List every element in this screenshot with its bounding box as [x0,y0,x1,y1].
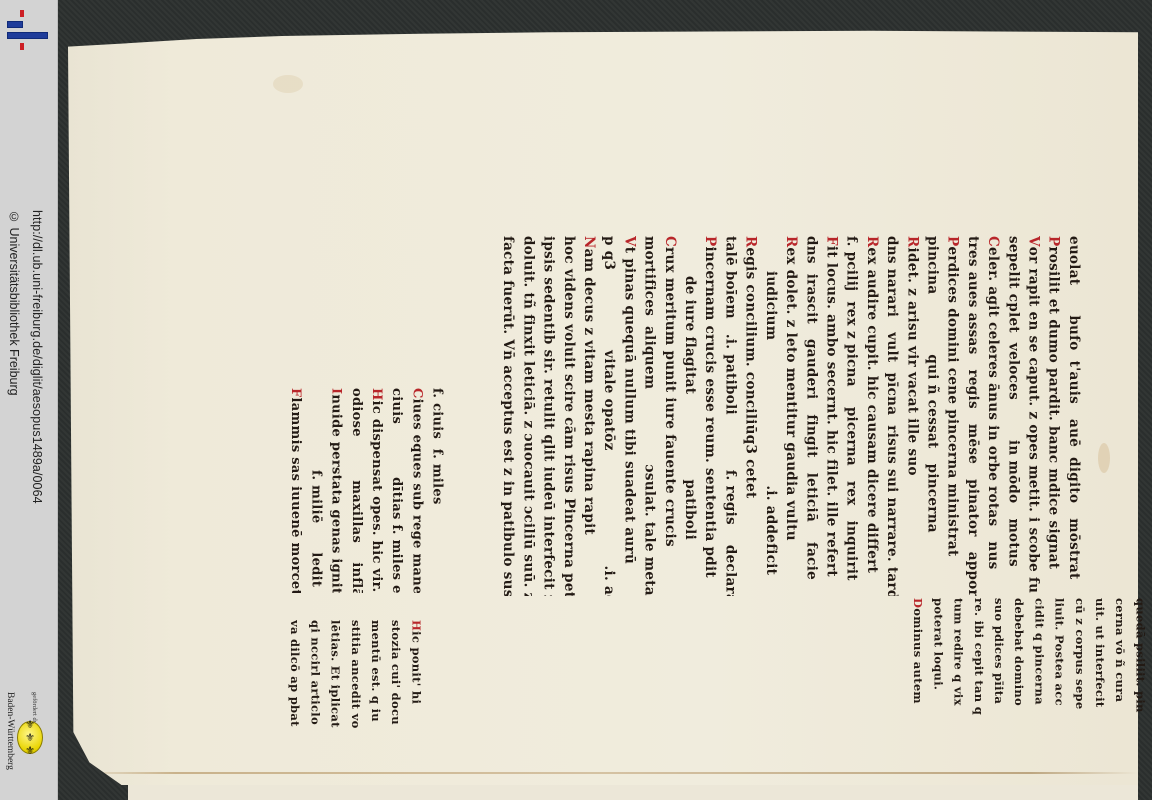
page-viewer[interactable]: euolat bufo t'auis auē digito mōstratPro… [58,0,1152,800]
gloss-line: qi nccirl articlo [305,620,325,750]
text-line: f. miliē ledit f. ciuis [305,388,325,593]
main-verse-text: euolat bufo t'auis auē digito mōstratPro… [498,236,1084,596]
text-line: euolat bufo t'auis auē digito mōstrat [1064,236,1084,596]
text-line: Regis concilium. conciliūq3 cetet [740,236,760,596]
gloss-line: debebat domino [1009,598,1029,743]
gloss-line: cū z corpus sepe [1070,598,1090,743]
text-line: iudicium .i. addeficit [761,236,781,596]
gloss-line: mentū est. q iu [366,620,386,750]
text-line: talē boīem .i. patiboli f. regis declara… [720,236,740,596]
gloss-line: re. ibi cepit tan q [969,598,989,743]
gloss-line: suo pdices pīita [989,598,1009,743]
text-line: Rex dolet. z leto mentitur gaudia vultu [781,236,801,596]
text-line: Vor rapit en se caput. z opes metit. i s… [1023,236,1043,596]
text-line: Ridet. z arisu vir vacat ille suo [902,236,922,596]
gloss-line: tum redire q vix [948,598,968,743]
text-line: Ciues eques sub rege manent. hic plia re… [406,388,426,593]
gloss-line: stitia ancedit vo [346,620,366,750]
text-line: hoc videns voluit scire cām risus Pincer… [559,236,579,596]
viewer-sidebar: http://dl.ub.uni-freiburg.de/diglit/aeso… [0,0,58,800]
paper-stain [1098,443,1110,473]
text-line: Fit locus. ambo secernt. hic filet. ille… [821,236,841,596]
gloss-line: quedā psiliit. pin [1130,598,1150,743]
text-line: Flammis sas iuuenē morcet bonos senis [285,388,305,593]
gloss-line: va dilcō ap pbat [285,620,305,750]
text-line: Crux meritum punit iure fauente crucis [660,236,680,596]
text-line: de iure flagitat patiboli [680,236,700,596]
permalink-url[interactable]: http://dl.ub.uni-freiburg.de/diglit/aeso… [30,210,44,504]
text-line: sepelit cplet veloces in mōdo motus [1003,236,1023,596]
text-line: facta fuerūt. Vn̄ acceptus est z in pati… [498,236,518,596]
text-line: pincina qui ñ cessat pincerna [922,236,942,596]
text-line: ipsis sedentib sir. retulit qlit iudeū i… [538,236,558,596]
text-line: dns narari vult pīcna risus sui narrare.… [882,236,902,596]
text-line: Pincernam crucis esse reum. sententia pd… [700,236,720,596]
funding-state: Baden-Württemberg [5,692,15,770]
paper-stain [273,75,303,93]
side-gloss-text: na dñi. qui vidēsiudeū hīc multacogitaui… [908,598,1152,743]
text-line: tres aues assas regis mēse pinator appor… [963,236,983,596]
text-line: dns irascit gauderi fingit leticiā facie [801,236,821,596]
gloss-line: stozia cui' docu [386,620,406,750]
text-line: mortifices aliquem ɔsulat. tale metallū [639,236,659,596]
copyright-notice: © Universitätsbibliothek Freiburg [7,210,21,396]
text-line: Inuide perstata genas ignita dolorum [325,388,345,593]
text-line: Vt pinas quequā nullum tibi suadeat aurū [619,236,639,596]
gloss-line: poterat loqui. [928,598,948,743]
text-line: Prosilit et dumo pardit. banc mdice sign… [1043,236,1063,596]
gloss-line: lētias. Et iplicat [325,620,345,750]
text-line: doluit. tñ finxit leticiā. z ɔuocauit ɔc… [518,236,538,596]
lower-verse-text: f. ciuis f. miles .i. habitāt f. miles f… [285,388,447,593]
text-line: f. pcilij rex z picna picerna rex inquir… [841,236,861,596]
text-line: p q3 vitale opatōz .i. accipit [599,236,619,596]
gloss-line: liuit. Postea acc [1049,598,1069,743]
text-line: Rex audire cupit. hic causam dicere diff… [862,236,882,596]
text-line: ciuis dītias f. miles exns inuetis f. ci… [386,388,406,593]
gloss-line: cidit q pincerna [1029,598,1049,743]
gloss-line: uit. ut interfecit [1090,598,1110,743]
text-line: Celer. agit celeres ānus in orbe rotas n… [983,236,1003,596]
text-line: Perdices domini cene pincerna ministrat [942,236,962,596]
lower-gloss-text: Hic ponit' histozia cui' documentū est. … [285,620,426,750]
text-line: odiose maxillas inflāmata [346,388,366,593]
text-line: f. ciuis f. miles .i. habitāt f. miles f… [426,388,446,593]
gloss-line: Hic ponit' hi [406,620,426,750]
library-logo-icon[interactable] [6,10,48,50]
baden-wuerttemberg-crest-icon: ⚜⚜⚜ [17,721,43,754]
text-line: Hic dispensat opes. hic vir. z ille sene… [366,388,386,593]
gloss-line: Dominus autem [908,598,928,743]
text-line: Nam decus z vitam mesta rapina rapit [579,236,599,596]
gloss-line: cerna vō ñ cura [1110,598,1130,743]
